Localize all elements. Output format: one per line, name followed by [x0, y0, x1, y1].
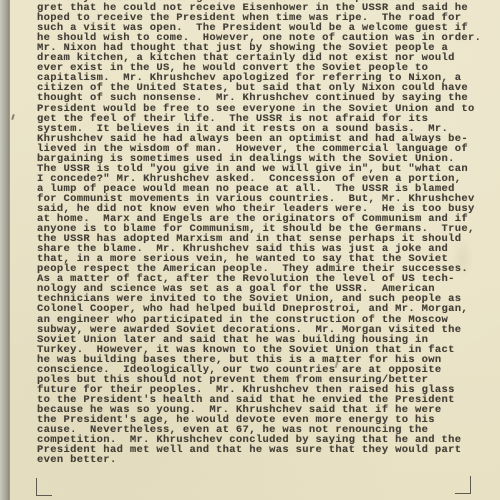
document-scan: and they achieved their goal. Mr. Khrush… — [0, 0, 500, 500]
document-line: even better. — [37, 455, 489, 465]
pencil-mark-left-margin — [11, 114, 15, 120]
document-line: thought of such nonsense. Mr. Khrushchev… — [37, 93, 489, 103]
page-left-edge — [0, 0, 10, 500]
document-line: Colonel Cooper, who had helped build Dne… — [37, 304, 489, 314]
memo-text-body: and they achieved their goal. Mr. Khrush… — [37, 0, 489, 465]
crop-mark-bottom-right — [455, 476, 471, 494]
crop-mark-bottom-left — [36, 478, 52, 496]
